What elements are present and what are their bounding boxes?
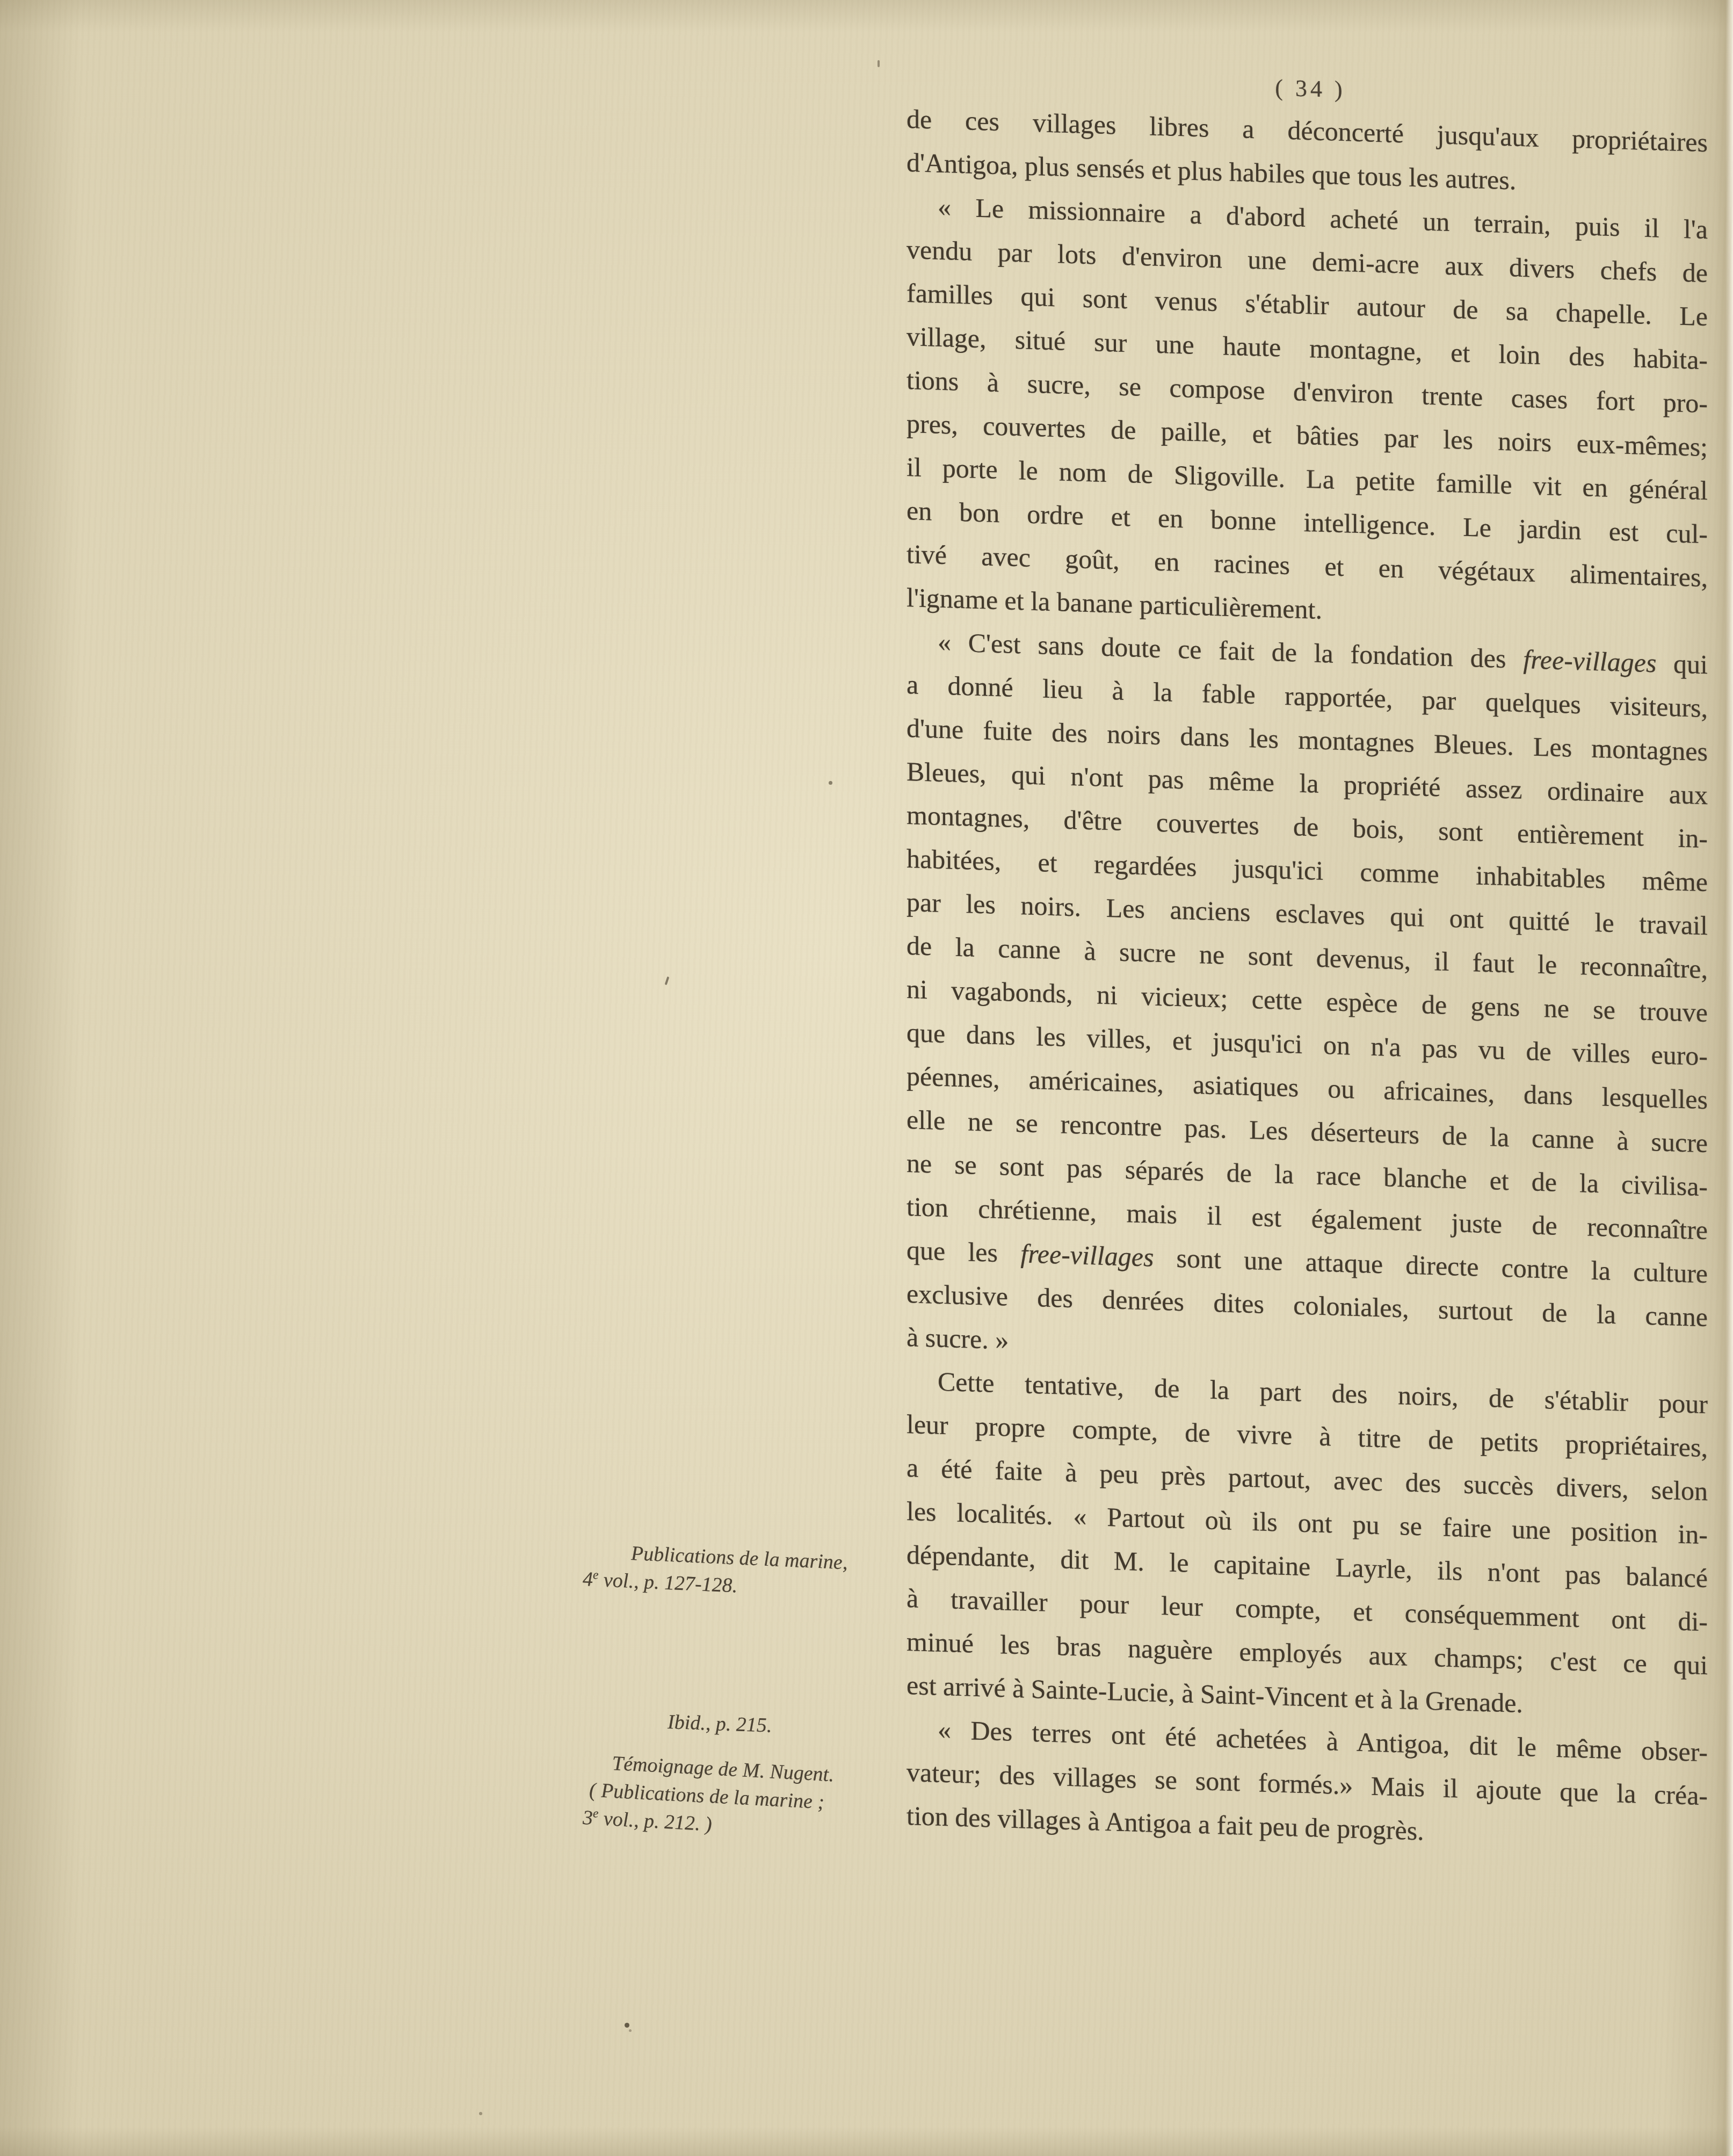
main-text-column: de ces villages libres a déconcerté jusq… [907, 97, 1708, 1861]
paper-speck [878, 60, 880, 67]
page-number: ( 34 ) [1241, 73, 1380, 104]
paper-speck [625, 2023, 629, 2028]
paper-speck [829, 781, 832, 785]
scanned-book-page: { "colors": { "paper": "#e6ddbf", "ink":… [0, 0, 1733, 2156]
paper-speck [479, 2112, 482, 2115]
margin-note-temoignage-nugent: Témoignage de M. Nugent.( Publications d… [583, 1748, 910, 1849]
